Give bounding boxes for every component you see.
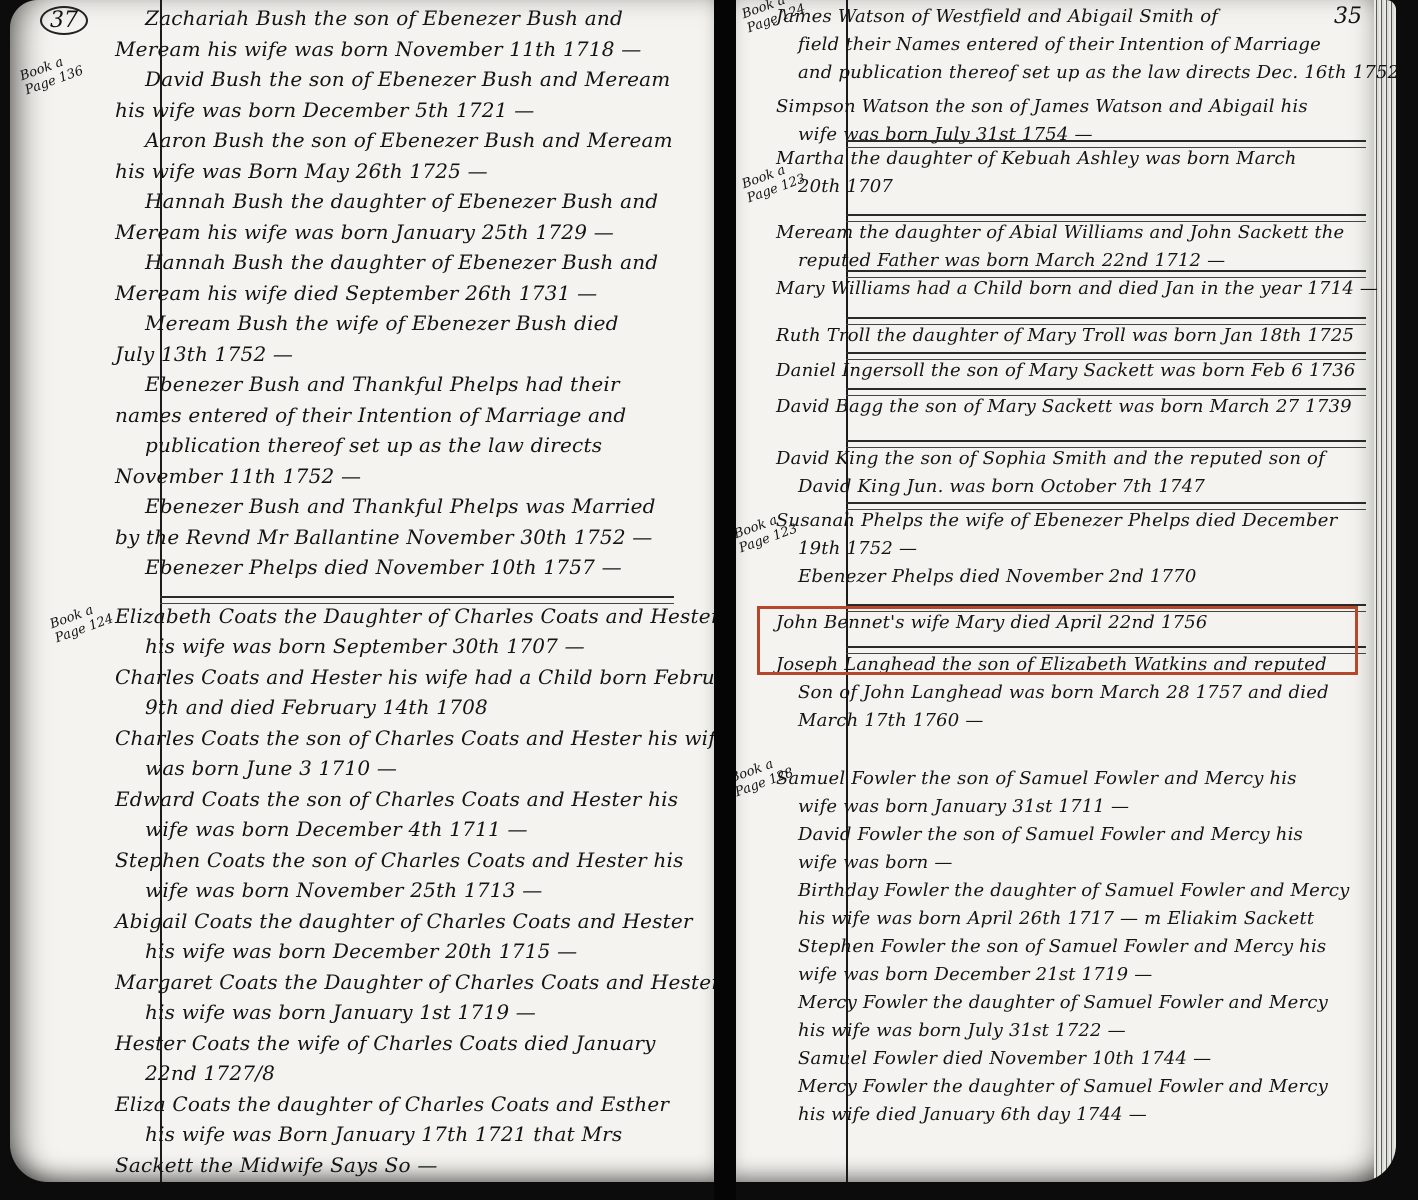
record-line: Charles Coats and Hester his wife had a … [115, 665, 714, 689]
margin-note-book-ref: Book a Page 136 [18, 49, 85, 98]
margin-note-book-ref: Book a Page 124 [48, 597, 115, 646]
entry-divider [846, 352, 1366, 360]
record-line: 22nd 1727/8 [145, 1061, 275, 1085]
record-line: wife was born December 4th 1711 — [145, 817, 528, 841]
record-line: his wife was born July 31st 1722 — [798, 1020, 1126, 1041]
record-line: Ebenezer Bush and Thankful Phelps had th… [145, 372, 620, 396]
record-line: Ebenezer Phelps died November 2nd 1770 [798, 566, 1196, 587]
record-line: Zachariah Bush the son of Ebenezer Bush … [145, 6, 623, 30]
record-line: Mercy Fowler the daughter of Samuel Fowl… [798, 1076, 1328, 1097]
book-spread: 37 Book a Page 136 Book a Page 124 Zacha… [0, 0, 1418, 1200]
left-page-number: 37 [40, 6, 88, 35]
right-page-number: 35 [1334, 4, 1362, 29]
record-line: his wife died January 6th day 1744 — [798, 1104, 1147, 1125]
record-line: David King the son of Sophia Smith and t… [776, 448, 1325, 469]
record-line: 20th 1707 [798, 176, 893, 197]
record-line: Mercy Fowler the daughter of Samuel Fowl… [798, 992, 1328, 1013]
entry-divider [846, 604, 1366, 612]
entry-divider [846, 440, 1366, 448]
record-line: Edward Coats the son of Charles Coats an… [115, 787, 678, 811]
record-line: his wife was born April 26th 1717 — m El… [798, 908, 1314, 929]
page-edges [1374, 0, 1396, 1182]
record-line: Meream Bush the wife of Ebenezer Bush di… [145, 311, 619, 335]
record-line: Mary Williams had a Child born and died … [776, 278, 1378, 299]
record-line: his wife was born December 5th 1721 — [115, 98, 534, 122]
record-line: David Fowler the son of Samuel Fowler an… [798, 824, 1303, 845]
record-line: Eliza Coats the daughter of Charles Coat… [115, 1092, 669, 1116]
record-line: Martha the daughter of Kebuah Ashley was… [776, 148, 1297, 169]
record-line: Daniel Ingersoll the son of Mary Sackett… [776, 360, 1356, 381]
record-line: November 11th 1752 — [115, 464, 361, 488]
record-line: David Bagg the son of Mary Sackett was b… [776, 396, 1352, 417]
record-line: Hannah Bush the daughter of Ebenezer Bus… [145, 189, 658, 213]
record-line: his wife was born January 1st 1719 — [145, 1000, 536, 1024]
record-line: his wife was born September 30th 1707 — [145, 634, 585, 658]
record-line: wife was born — [798, 852, 953, 873]
record-line: 9th and died February 14th 1708 [145, 695, 488, 719]
record-line: Ruth Troll the daughter of Mary Troll wa… [776, 325, 1354, 346]
record-line: Meream the daughter of Abial Williams an… [776, 222, 1344, 243]
record-line: Meream his wife was born January 25th 17… [115, 220, 614, 244]
record-line: Sackett the Midwife Says So — [115, 1153, 438, 1177]
record-line: Meream his wife died September 26th 1731… [115, 281, 597, 305]
highlighted-record-line: John Bennet's wife Mary died April 22nd … [776, 612, 1208, 633]
record-line: Hannah Bush the daughter of Ebenezer Bus… [145, 250, 658, 274]
record-line: by the Revnd Mr Ballantine November 30th… [115, 525, 653, 549]
record-line: Aaron Bush the son of Ebenezer Bush and … [145, 128, 673, 152]
record-line: names entered of their Intention of Marr… [115, 403, 626, 427]
record-line: and publication thereof set up as the la… [798, 62, 1396, 83]
record-line: Elizabeth Coats the Daughter of Charles … [115, 604, 714, 628]
record-line: wife was born January 31st 1711 — [798, 796, 1129, 817]
record-line: Susanah Phelps the wife of Ebenezer Phel… [776, 510, 1337, 531]
record-line: his wife was Born May 26th 1725 — [115, 159, 488, 183]
entry-divider [846, 140, 1366, 148]
record-line: wife was born November 25th 1713 — [145, 878, 542, 902]
entry-divider [846, 270, 1366, 278]
record-line: Samuel Fowler died November 10th 1744 — [798, 1048, 1211, 1069]
entry-divider [846, 317, 1366, 325]
record-line: publication thereof set up as the law di… [145, 433, 602, 457]
record-line: his wife was Born January 17th 1721 that… [145, 1122, 622, 1146]
entry-divider [846, 388, 1366, 396]
record-line: Meream his wife was born November 11th 1… [115, 37, 641, 61]
record-line: March 17th 1760 — [798, 710, 984, 731]
record-line: Samuel Fowler the son of Samuel Fowler a… [776, 768, 1297, 789]
record-line: Charles Coats the son of Charles Coats a… [115, 726, 714, 750]
record-line: was born June 3 1710 — [145, 756, 397, 780]
record-line: Simpson Watson the son of James Watson a… [776, 96, 1308, 117]
record-line: Abigail Coats the daughter of Charles Co… [115, 909, 693, 933]
left-page: 37 Book a Page 136 Book a Page 124 Zacha… [10, 0, 714, 1182]
record-line: reputed Father was born March 22nd 1712 … [798, 250, 1225, 271]
right-page: 35 Book a Page 124 Book a Page 123 Book … [736, 0, 1396, 1182]
record-line: field their Names entered of their Inten… [798, 34, 1321, 55]
record-line: David King Jun. was born October 7th 174… [798, 476, 1205, 497]
record-line: Stephen Coats the son of Charles Coats a… [115, 848, 684, 872]
record-line: his wife was born December 20th 1715 — [145, 939, 577, 963]
book-spine [714, 0, 736, 1200]
record-line: wife was born December 21st 1719 — [798, 964, 1152, 985]
entry-divider [846, 646, 1366, 654]
record-line: July 13th 1752 — [115, 342, 293, 366]
record-line: Margaret Coats the Daughter of Charles C… [115, 970, 714, 994]
entry-divider [846, 502, 1366, 510]
record-line: Hester Coats the wife of Charles Coats d… [115, 1031, 656, 1055]
record-line: Birthday Fowler the daughter of Samuel F… [798, 880, 1349, 901]
entry-divider [846, 214, 1366, 222]
record-line: Joseph Langhead the son of Elizabeth Wat… [776, 654, 1327, 675]
record-line: Ebenezer Bush and Thankful Phelps was Ma… [145, 494, 656, 518]
record-line: Stephen Fowler the son of Samuel Fowler … [798, 936, 1326, 957]
record-line: Son of John Langhead was born March 28 1… [798, 682, 1329, 703]
record-line: James Watson of Westfield and Abigail Sm… [776, 6, 1218, 27]
record-line: 19th 1752 — [798, 538, 917, 559]
record-line: Ebenezer Phelps died November 10th 1757 … [145, 555, 622, 579]
record-line: David Bush the son of Ebenezer Bush and … [145, 67, 670, 91]
